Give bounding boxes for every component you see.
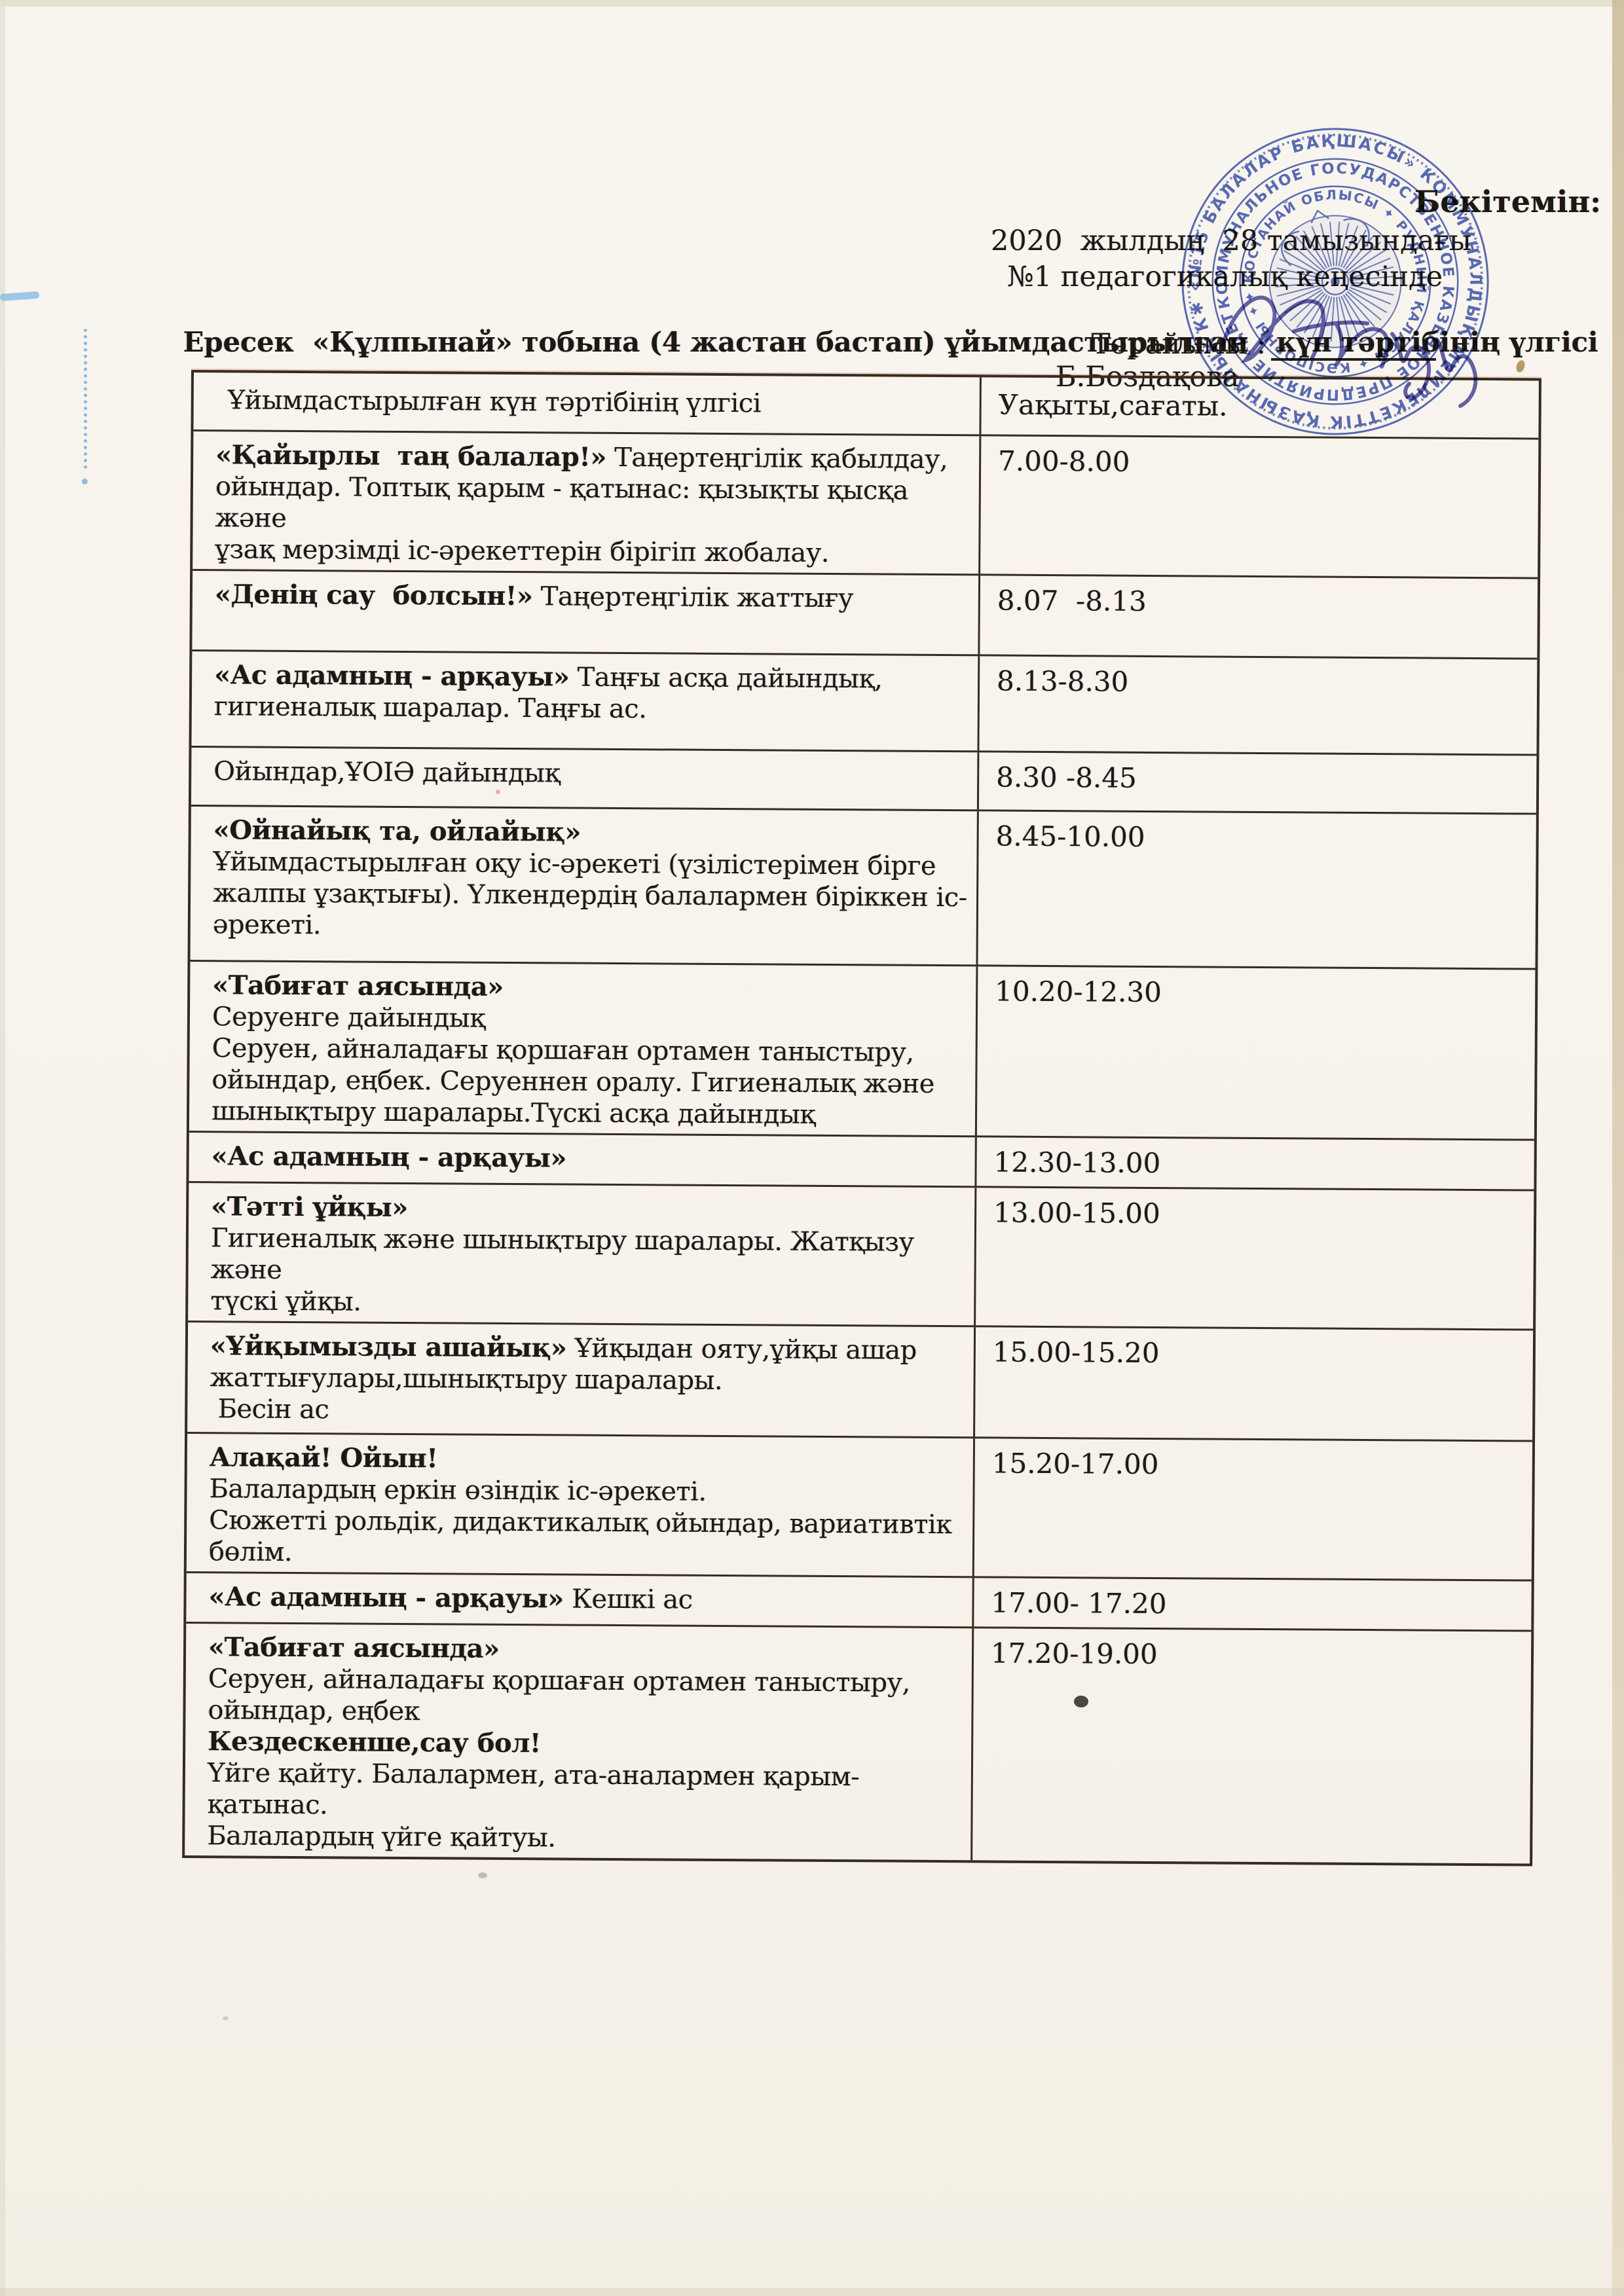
activity-cell: «Ас адамның - арқауы» Кешкі ас (186, 1573, 974, 1626)
activity-cell: «Табиғат аясында»Серуенге дайындықСеруен… (189, 962, 978, 1135)
activity-cell: «Табиғат аясында»Серуен, айналадағы қорш… (185, 1624, 974, 1860)
activity-cell: «Ас адамның - арқауы» (189, 1133, 976, 1186)
ink-spot (1074, 1696, 1088, 1707)
table-row: «Ас адамның - арқауы» Кешкі ас17.00- 17.… (186, 1571, 1531, 1630)
activity-cell: «Тәтті ұйқы»Гигиеналық және шынықтыру ша… (188, 1183, 976, 1325)
time-cell: 15.20-17.00 (974, 1438, 1532, 1579)
time-cell: 17.20-19.00 (972, 1628, 1531, 1863)
table-row: «Ойнайық та, ойлайық»Ұйымдастырылған оқу… (190, 805, 1536, 968)
paper-speck (496, 790, 500, 794)
schedule-table: Ұйымдастырылған күн тәртібінің үлгісі Уа… (182, 370, 1541, 1867)
activity-cell: Алақай! Ойын!Балалардың еркін өзіндік іс… (187, 1434, 975, 1576)
activity-cell: «Ұйқымызды ашайық» Ұйқыдан ояту,ұйқы аша… (187, 1322, 976, 1436)
time-cell: 10.20-12.30 (977, 966, 1536, 1139)
time-cell: 8.30 -8.45 (979, 752, 1537, 812)
ink-mark-dot (82, 479, 88, 484)
table-row: «Денің сау болсын!» Таңертеңгілік жаттығ… (192, 569, 1538, 658)
table-row: «Тәтті ұйқы»Гигиеналық және шынықтыру ша… (188, 1181, 1534, 1329)
scan-edge-top (0, 0, 1624, 7)
scan-edge-bottom (0, 2288, 1624, 2296)
time-cell: 13.00-15.00 (976, 1188, 1534, 1328)
activity-cell: «Денің сау болсын!» Таңертеңгілік жаттығ… (192, 571, 980, 654)
paper-speck (223, 2016, 229, 2020)
table-row: «Ас адамның - арқауы»12.30-13.00 (189, 1131, 1534, 1190)
table-row: «Табиғат аясында»Серуен, айналадағы қорш… (185, 1622, 1531, 1864)
scanned-document: Бекітемін: 2020 жылдың 28 тамызындағы №1… (0, 0, 1624, 2296)
activity-cell: Ойындар,ҰОІӘ дайындық (191, 748, 980, 809)
ink-mark-dotted-line (84, 329, 87, 469)
time-cell: 8.07 -8.13 (980, 575, 1538, 657)
activity-cell: «Қайырлы таң балалар!» Таңертеңгілік қаб… (193, 431, 981, 574)
time-cell: 15.00-15.20 (975, 1327, 1533, 1440)
time-cell: 12.30-13.00 (976, 1137, 1534, 1189)
ink-mark-dash (0, 291, 39, 301)
time-cell: 8.13-8.30 (979, 656, 1537, 754)
table-row: Алақай! Ойын!Балалардың еркін өзіндік іс… (187, 1432, 1532, 1580)
table-row: «Ас адамның - арқауы» Таңғы асқа дайынды… (191, 649, 1537, 754)
time-cell: 8.45-10.00 (978, 811, 1536, 968)
activity-cell: «Ас адамның - арқауы» Таңғы асқа дайынды… (191, 651, 980, 750)
paper-speck (478, 1872, 487, 1878)
table-row: «Ұйқымызды ашайық» Ұйқыдан ояту,ұйқы аша… (187, 1321, 1533, 1440)
table-row: «Табиғат аясында»Серуенге дайындықСеруен… (189, 960, 1536, 1139)
table-row: Ойындар,ҰОІӘ дайындық8.30 -8.45 (191, 746, 1537, 813)
activity-cell: «Ойнайық та, ойлайық»Ұйымдастырылған оқу… (190, 807, 978, 964)
signature (1196, 261, 1576, 418)
header-activity: Ұйымдастырылған күн тәртібінің үлгісі (193, 373, 982, 434)
scan-edge-left (0, 0, 5, 2296)
time-cell: 17.00- 17.20 (974, 1578, 1531, 1630)
